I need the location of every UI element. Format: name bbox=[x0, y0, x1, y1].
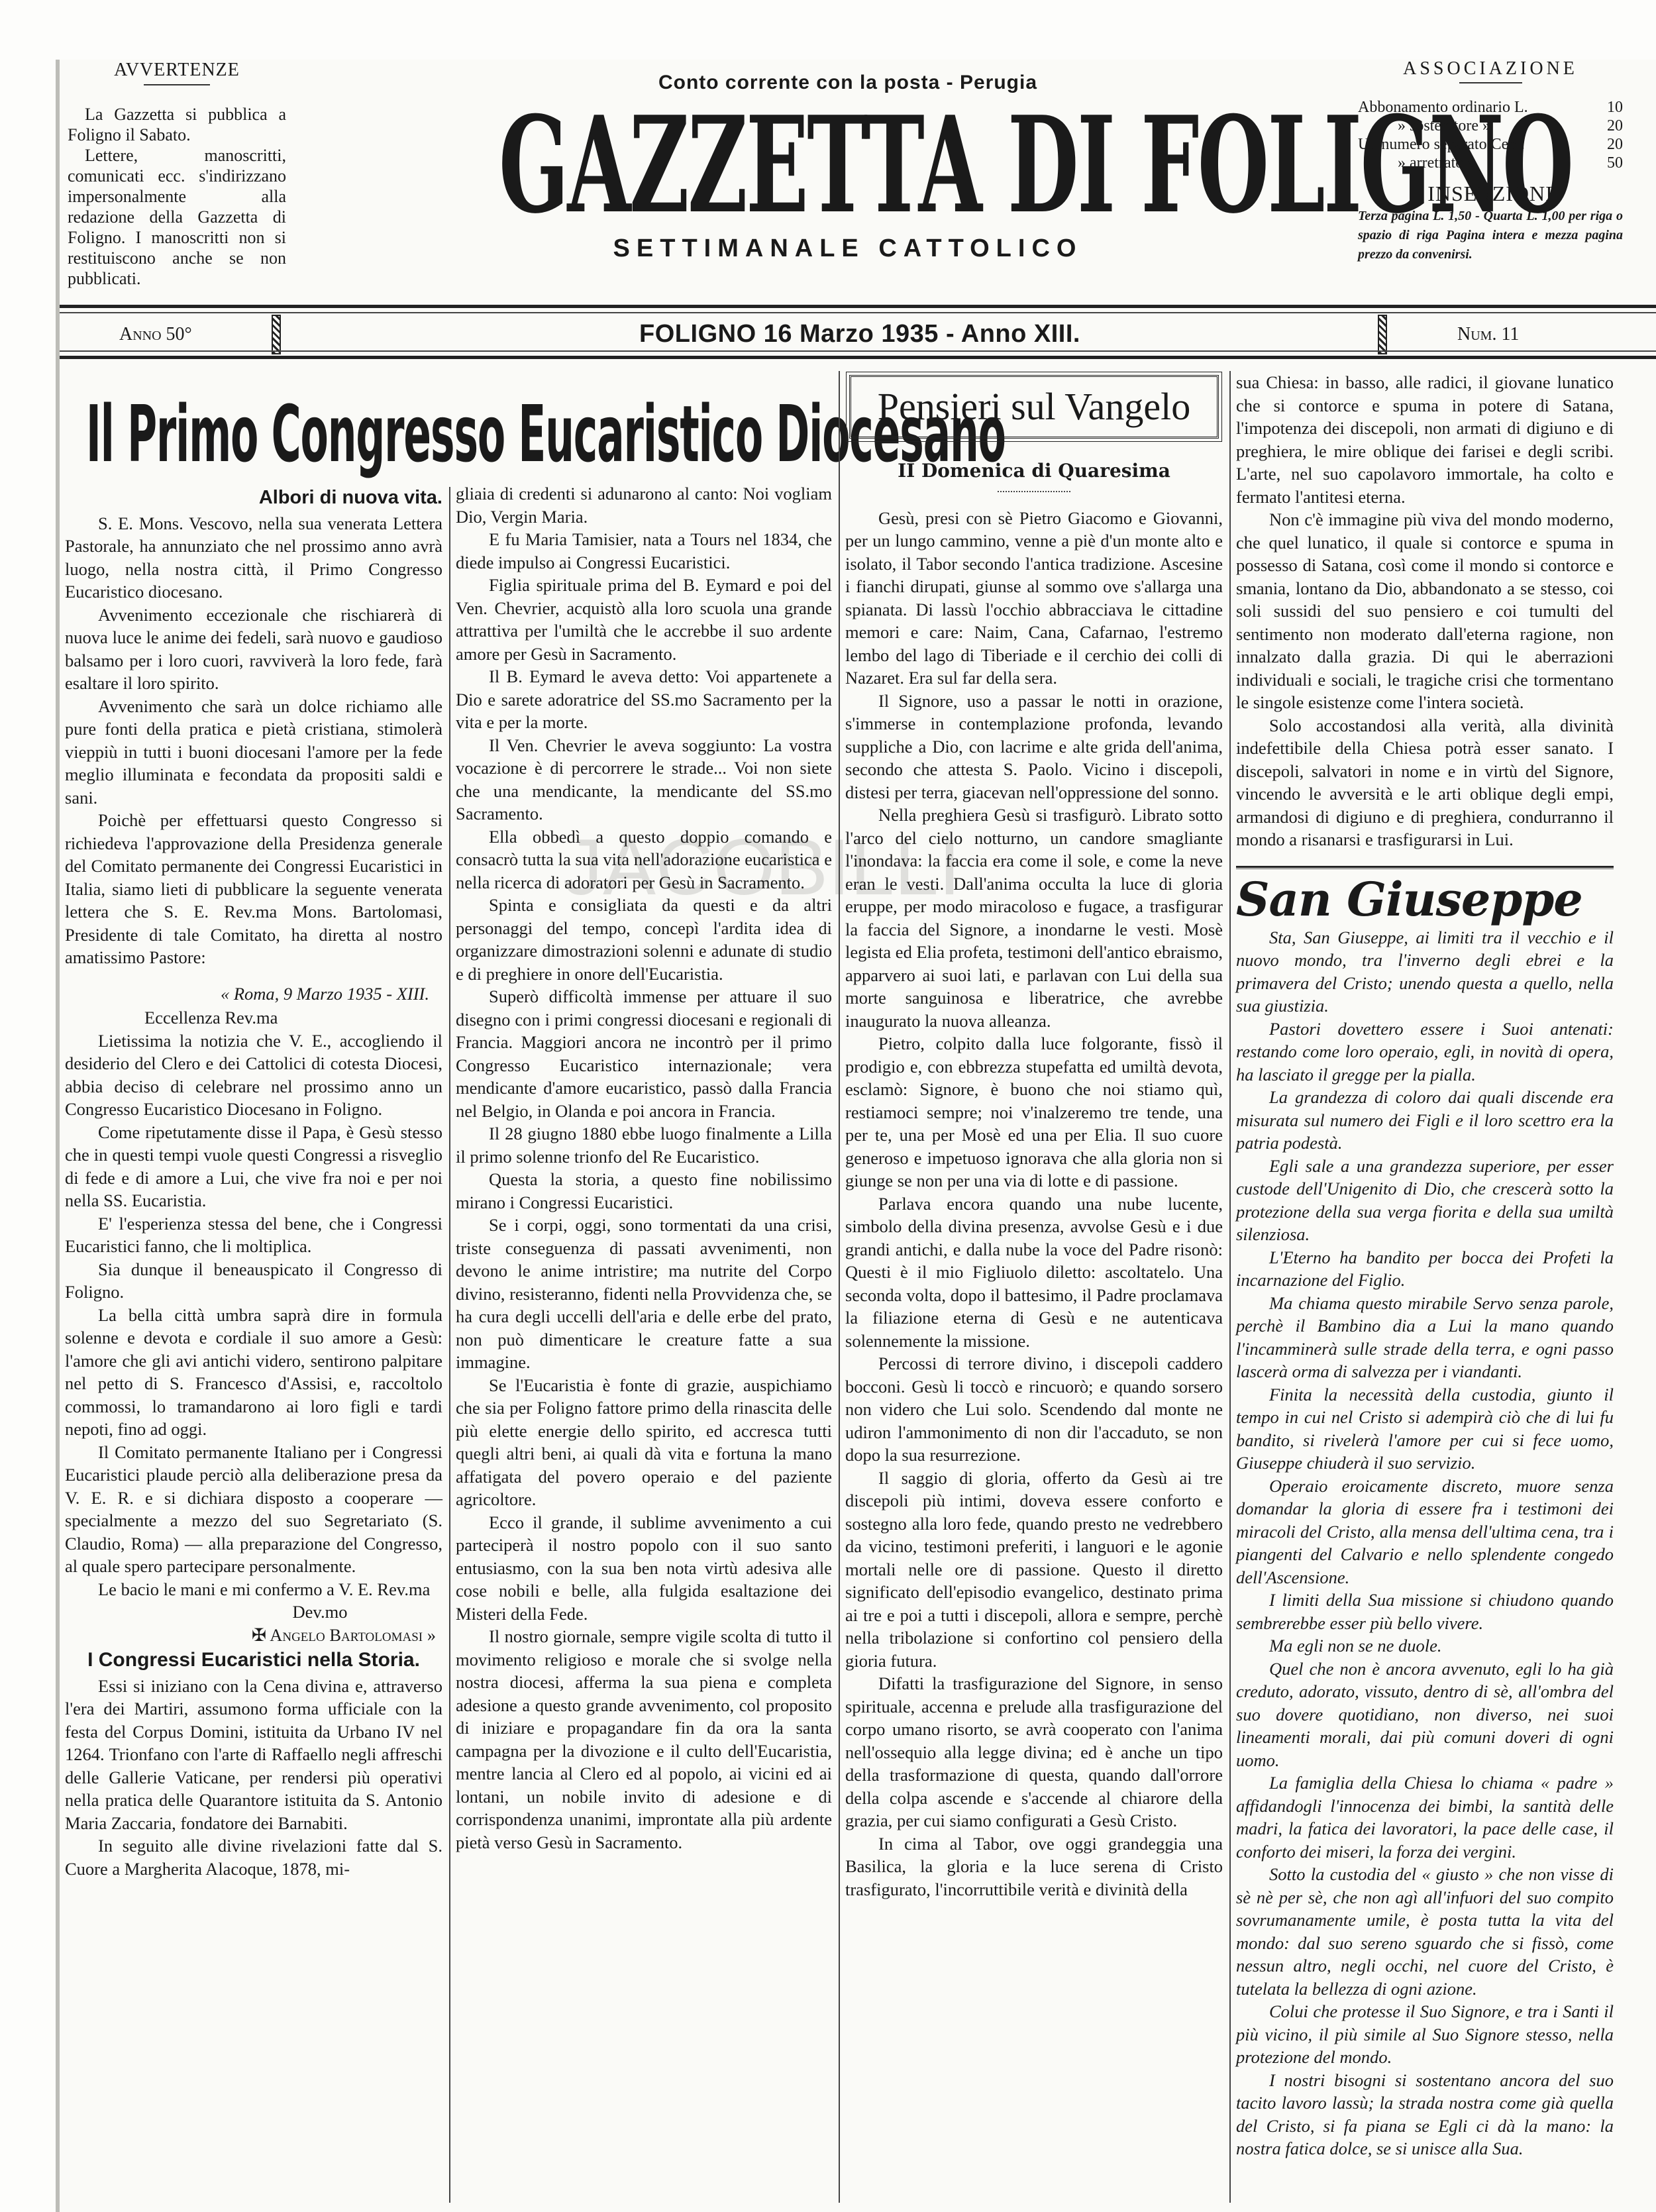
paragraph: Operaio eroicamente discreto, muore senz… bbox=[1236, 1475, 1614, 1589]
paragraph: La famiglia della Chiesa lo chiama « pad… bbox=[1236, 1771, 1614, 1863]
column-rule bbox=[449, 487, 450, 2203]
paragraph: Percossi di terrore divino, i discepoli … bbox=[845, 1352, 1223, 1467]
paragraph: Se i corpi, oggi, sono tormentati da una… bbox=[456, 1214, 832, 1374]
paragraph: Il Ven. Chevrier le aveva soggiunto: La … bbox=[456, 734, 832, 825]
divider bbox=[1236, 866, 1614, 869]
paragraph: Il B. Eymard le aveva detto: Voi apparte… bbox=[456, 665, 832, 734]
avvertenze-text: La Gazzetta si pubblica a Foligno il Sab… bbox=[68, 104, 286, 145]
san-giuseppe-title: San Giuseppe bbox=[1236, 873, 1614, 926]
date-bar: Anno 50° FOLIGNO 16 Marzo 1935 - Anno XI… bbox=[60, 305, 1656, 359]
price-label: Abbonamento ordinario L. bbox=[1358, 98, 1528, 117]
paragraph: Ma chiama questo mirabile Servo senza pa… bbox=[1236, 1292, 1614, 1383]
section-title: I Congressi Eucaristici nella Storia. bbox=[65, 1649, 442, 1672]
divider bbox=[998, 487, 1070, 492]
paragraph: Pietro, colpito dalla luce folgorante, f… bbox=[845, 1032, 1223, 1192]
inserzioni-text: Terza pagina L. 1,50 - Quarta L. 1,00 pe… bbox=[1358, 207, 1623, 264]
paragraph: Ma egli non se ne duole. bbox=[1236, 1634, 1614, 1658]
issue-number: Num. 11 bbox=[1457, 324, 1519, 345]
paragraph: Solo accostandosi alla verità, alla divi… bbox=[1236, 714, 1614, 851]
price-value: 50 bbox=[1607, 154, 1623, 172]
paragraph: I limiti della Sua missione si chiudono … bbox=[1236, 1589, 1614, 1634]
price-row: » sostenitore »20 bbox=[1358, 117, 1623, 135]
paragraph: sua Chiesa: in basso, alle radici, il gi… bbox=[1236, 371, 1614, 508]
paragraph: Pastori dovettero essere i Suoi antenati… bbox=[1236, 1018, 1614, 1086]
paragraph: S. E. Mons. Vescovo, nella sua venerata … bbox=[65, 512, 442, 604]
paragraph: La grandezza di coloro dai quali discend… bbox=[1236, 1086, 1614, 1155]
paragraph: Spinta e consigliata da questi e da altr… bbox=[456, 894, 832, 985]
price-value: 20 bbox=[1607, 117, 1623, 135]
paragraph: Come ripetutamente disse il Papa, è Gesù… bbox=[65, 1121, 442, 1212]
price-row: Abbonamento ordinario L.10 bbox=[1358, 98, 1623, 117]
paragraph: Se l'Eucaristia è fonte di grazie, auspi… bbox=[456, 1374, 832, 1511]
paragraph: In seguito alle divine rivelazioni fatte… bbox=[65, 1834, 442, 1880]
paragraph: E' l'esperienza stessa del bene, che i C… bbox=[65, 1212, 442, 1258]
paragraph: Sta, San Giuseppe, ai limiti tra il vecc… bbox=[1236, 926, 1614, 1018]
column-3: Pensieri sul Vangelo II Domenica di Quar… bbox=[845, 371, 1223, 1901]
paragraph: Essi si iniziano con la Cena divina e, a… bbox=[65, 1675, 442, 1835]
divider bbox=[1459, 82, 1522, 83]
paragraph: I nostri bisogni si sostentano ancora de… bbox=[1236, 2069, 1614, 2160]
paragraph: Parlava encora quando una nube lucente, … bbox=[845, 1192, 1223, 1353]
price-row: » arretrato »50 bbox=[1358, 154, 1623, 172]
paragraph: E fu Maria Tamisier, nata a Tours nel 18… bbox=[456, 528, 832, 574]
masthead-center: Conto corrente con la posta - Perugia GA… bbox=[285, 60, 1411, 263]
san-giuseppe-body: Sta, San Giuseppe, ai limiti tra il vecc… bbox=[1236, 926, 1614, 2160]
paragraph: Avvenimento che sarà un dolce richiamo a… bbox=[65, 695, 442, 810]
pensieri-title-box: Pensieri sul Vangelo bbox=[849, 375, 1219, 439]
ornament-icon bbox=[1378, 315, 1387, 354]
paragraph: Il Signore, uso a passar le notti in ora… bbox=[845, 690, 1223, 804]
paragraph: Superò difficoltà immense per attuare il… bbox=[456, 985, 832, 1122]
inserzioni-heading: INSERZIONI bbox=[1358, 184, 1623, 203]
paragraph: Ella obbedì a questo doppio comando e co… bbox=[456, 825, 832, 894]
paragraph: Poichè per effettuarsi questo Congresso … bbox=[65, 809, 442, 969]
paragraph: Difatti la trasfigurazione del Signore, … bbox=[845, 1672, 1223, 1832]
column-2: gliaia di credenti si adunarono al canto… bbox=[456, 482, 832, 1854]
paragraph: Colui che protesse il Suo Signore, e tra… bbox=[1236, 2000, 1614, 2069]
newspaper-page: AVVERTENZE La Gazzetta si pubblica a Fol… bbox=[56, 60, 1656, 2212]
paragraph: La bella città umbra saprà dire in formu… bbox=[65, 1304, 442, 1441]
paragraph: Il Comitato permanente Italiano per i Co… bbox=[65, 1441, 442, 1578]
letter-signature: ✠ Angelo Bartolomasi » bbox=[65, 1624, 442, 1647]
price-value: 10 bbox=[1607, 98, 1623, 117]
main-headline: Il Primo Congresso Eucaristico Diocesano bbox=[86, 384, 844, 484]
paragraph: Avvenimento eccezionale che rischiarerà … bbox=[65, 604, 442, 695]
price-value: 20 bbox=[1607, 135, 1623, 154]
column-4: sua Chiesa: in basso, alle radici, il gi… bbox=[1236, 371, 1614, 2160]
column-rule bbox=[1229, 371, 1231, 2203]
associazione-heading: ASSOCIAZIONE bbox=[1358, 60, 1623, 78]
paragraph: Questa la storia, a questo fine nobiliss… bbox=[456, 1168, 832, 1214]
associazione-box: ASSOCIAZIONE Abbonamento ordinario L.10 … bbox=[1358, 60, 1623, 264]
divider bbox=[144, 84, 210, 85]
avvertenze-box: AVVERTENZE La Gazzetta si pubblica a Fol… bbox=[68, 60, 286, 289]
section-title: Albori di nuova vita. bbox=[65, 486, 442, 509]
paragraph: Il 28 giugno 1880 ebbe luogo finalmente … bbox=[456, 1122, 832, 1168]
paragraph: Non c'è immagine più viva del mondo mode… bbox=[1236, 508, 1614, 714]
column-1: Albori di nuova vita. S. E. Mons. Vescov… bbox=[65, 482, 442, 1880]
paragraph: Egli sale a una grandezza superiore, per… bbox=[1236, 1155, 1614, 1246]
avvertenze-heading: AVVERTENZE bbox=[68, 60, 286, 80]
paragraph: Sia dunque il beneauspicato il Congresso… bbox=[65, 1258, 442, 1304]
price-label: » arretrato » bbox=[1358, 154, 1475, 172]
letter-date: « Roma, 9 Marzo 1935 - XIII. bbox=[65, 982, 429, 1006]
paragraph: Sotto la custodia del « giusto » che non… bbox=[1236, 1863, 1614, 2000]
paragraph: Figlia spirituale prima del B. Eymard e … bbox=[456, 574, 832, 665]
paragraph: Lietissima la notizia che V. E., accogli… bbox=[65, 1029, 442, 1121]
price-label: » sostenitore » bbox=[1358, 117, 1490, 135]
price-row: Un numero separato Cent.20 bbox=[1358, 135, 1623, 154]
paragraph: Le bacio le mani e mi confermo a V. E. R… bbox=[65, 1578, 442, 1601]
masthead: AVVERTENZE La Gazzetta si pubblica a Fol… bbox=[60, 60, 1656, 298]
paragraph: Ecco il grande, il sublime avvenimento a… bbox=[456, 1511, 832, 1626]
avvertenze-text: Lettere, manoscritti, comunicati ecc. s'… bbox=[68, 145, 286, 289]
column-rule bbox=[839, 371, 840, 2203]
paragraph: In cima al Tabor, ove oggi grandeggia un… bbox=[845, 1832, 1223, 1901]
paragraph: Il saggio di gloria, offerto da Gesù ai … bbox=[845, 1467, 1223, 1673]
letter-closing: Dev.mo bbox=[65, 1601, 442, 1624]
newspaper-title: GAZZETTA DI FOLIGNO bbox=[499, 99, 1197, 232]
paragraph: gliaia di credenti si adunarono al canto… bbox=[456, 482, 832, 528]
paragraph: Nella preghiera Gesù si trasfigurò. Libr… bbox=[845, 804, 1223, 1032]
paragraph: Il nostro giornale, sempre vigile scolta… bbox=[456, 1625, 832, 1854]
article-columns: Il Primo Congresso Eucaristico Diocesano… bbox=[60, 371, 1656, 2206]
price-label: Un numero separato Cent. bbox=[1358, 135, 1525, 154]
pensieri-subtitle: II Domenica di Quaresima bbox=[845, 460, 1223, 483]
paragraph: Gesù, presi con sè Pietro Giacomo e Giov… bbox=[845, 507, 1223, 690]
letter-salutation: Eccellenza Rev.ma bbox=[65, 1006, 442, 1029]
paragraph: L'Eterno ha bandito per bocca dei Profet… bbox=[1236, 1246, 1614, 1292]
issue-date: FOLIGNO 16 Marzo 1935 - Anno XIII. bbox=[60, 320, 1656, 348]
paragraph: Quel che non è ancora avvenuto, egli lo … bbox=[1236, 1658, 1614, 1772]
paragraph: Finita la necessità della custodia, giun… bbox=[1236, 1383, 1614, 1475]
